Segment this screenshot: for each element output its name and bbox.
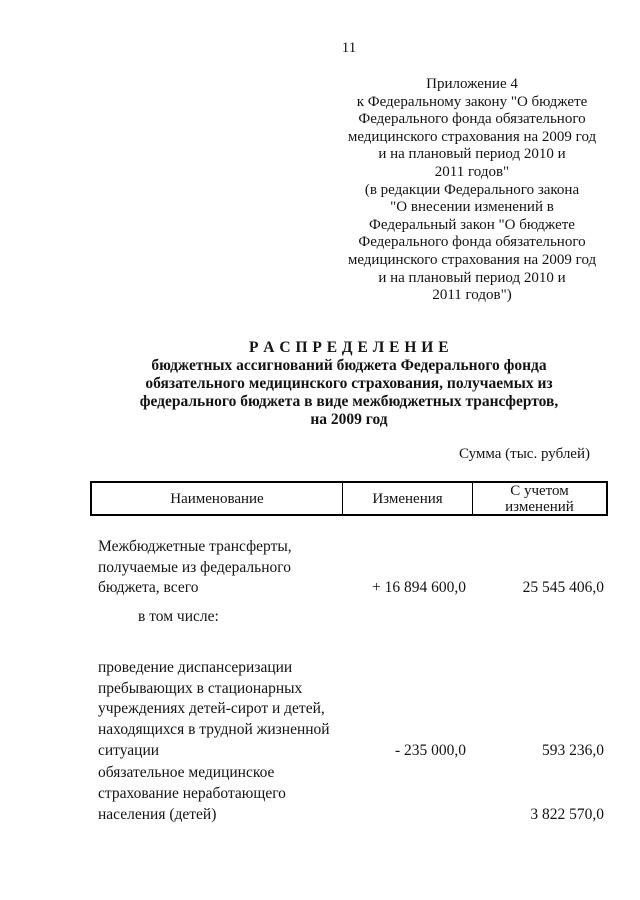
document-page: 11 Приложение 4 к Федеральному закону "О… (0, 0, 640, 900)
appendix-reference-note: Приложение 4 к Федеральному закону "О бю… (322, 76, 622, 305)
row-with-changes-value: 593 236,0 (472, 741, 608, 762)
row-changes-value: - 235 000,0 (342, 741, 472, 762)
document-title: Р А С П Р Е Д Е Л Е Н И Е бюджетных асси… (90, 339, 608, 429)
table-row: обязательное медицинское страхование нер… (90, 763, 608, 825)
row-name: проведение диспансеризации пребывающих в… (90, 658, 342, 762)
page-number: 11 (90, 40, 608, 57)
budget-table-body: Межбюджетные трансферты, получаемые из ф… (90, 530, 608, 825)
budget-table-header: Наименование Изменения С учетом изменени… (90, 481, 608, 516)
row-name: обязательное медицинское страхование нер… (90, 763, 342, 825)
table-row: Межбюджетные трансферты, получаемые из ф… (90, 537, 608, 599)
row-with-changes-value: 3 822 570,0 (472, 805, 608, 826)
row-name: в том числе: (90, 607, 342, 628)
column-header-with-changes: С учетом изменений (472, 483, 606, 514)
document-title-subtitle: бюджетных ассигнований бюджета Федеральн… (90, 357, 608, 429)
row-name: Межбюджетные трансферты, получаемые из ф… (90, 537, 342, 599)
column-header-name: Наименование (92, 483, 342, 514)
row-with-changes-value: 25 545 406,0 (472, 578, 608, 599)
units-note: Сумма (тыс. рублей) (90, 446, 590, 463)
column-header-changes: Изменения (342, 483, 472, 514)
table-row: проведение диспансеризации пребывающих в… (90, 658, 608, 762)
row-changes-value: + 16 894 600,0 (342, 578, 472, 599)
document-title-heading: Р А С П Р Е Д Е Л Е Н И Е (90, 339, 608, 357)
table-row: в том числе: (90, 607, 608, 628)
